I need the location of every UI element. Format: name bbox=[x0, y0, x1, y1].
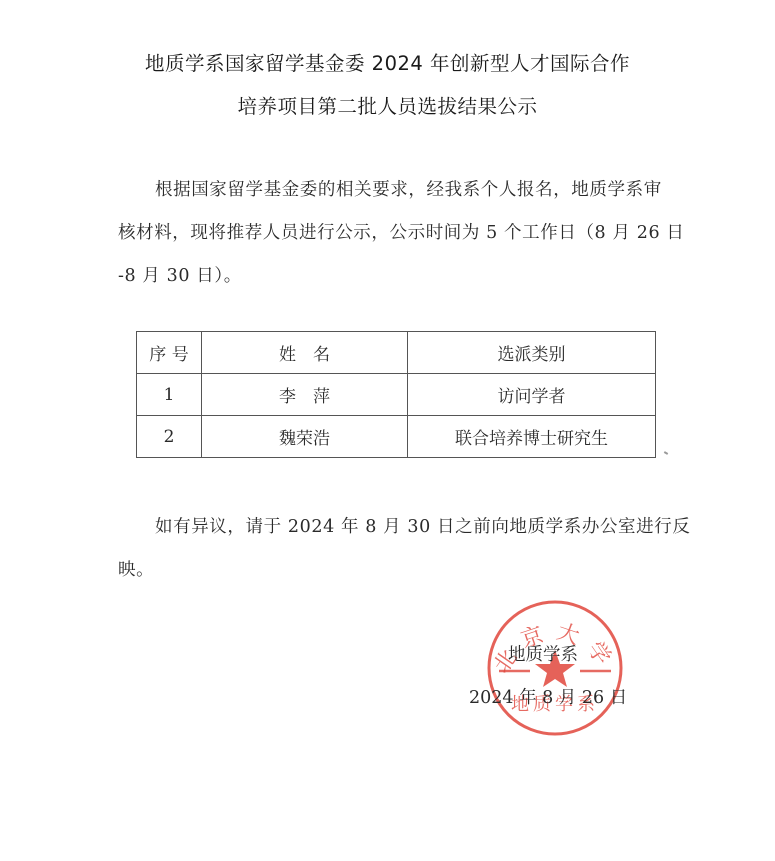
official-seal-stamp-icon: 北京大学 地质学系 bbox=[485, 598, 625, 738]
intro-paragraph-line-2: 核材料，现将推荐人员进行公示，公示时间为 5 个工作日（8 月 26 日 bbox=[118, 219, 684, 244]
cell-category: 访问学者 bbox=[408, 374, 656, 416]
intro-paragraph-line-3: -8 月 30 日）。 bbox=[118, 262, 242, 287]
cell-name: 魏荣浩 bbox=[202, 416, 408, 458]
selection-results-table: 序 号 姓 名 选派类别 1 李 萍 访问学者 2 魏荣浩 联合培养博士研究生 bbox=[136, 331, 656, 458]
signature-department: 地质学系 bbox=[508, 641, 578, 666]
document-title-line-1: 地质学系国家留学基金委 2024 年创新型人才国际合作 bbox=[0, 48, 775, 76]
table-row: 2 魏荣浩 联合培养博士研究生 bbox=[137, 416, 656, 458]
header-index: 序 号 bbox=[137, 332, 202, 374]
table-row: 1 李 萍 访问学者 bbox=[137, 374, 656, 416]
header-name: 姓 名 bbox=[202, 332, 408, 374]
cell-index: 2 bbox=[137, 416, 202, 458]
objection-paragraph-line-2: 映。 bbox=[118, 556, 154, 581]
objection-paragraph-line-1: 如有异议，请于 2024 年 8 月 30 日之前向地质学系办公室进行反 bbox=[155, 513, 690, 538]
header-category: 选派类别 bbox=[408, 332, 656, 374]
cell-category: 联合培养博士研究生 bbox=[408, 416, 656, 458]
intro-paragraph-line-1: 根据国家留学基金委的相关要求，经我系个人报名，地质学系审 bbox=[155, 176, 662, 201]
document-title-line-2: 培养项目第二批人员选拔结果公示 bbox=[0, 91, 775, 119]
signature-date: 2024 年 8 月 26 日 bbox=[469, 684, 627, 709]
cell-name: 李 萍 bbox=[202, 374, 408, 416]
cell-index: 1 bbox=[137, 374, 202, 416]
scan-mark bbox=[664, 451, 668, 455]
table-header-row: 序 号 姓 名 选派类别 bbox=[137, 332, 656, 374]
